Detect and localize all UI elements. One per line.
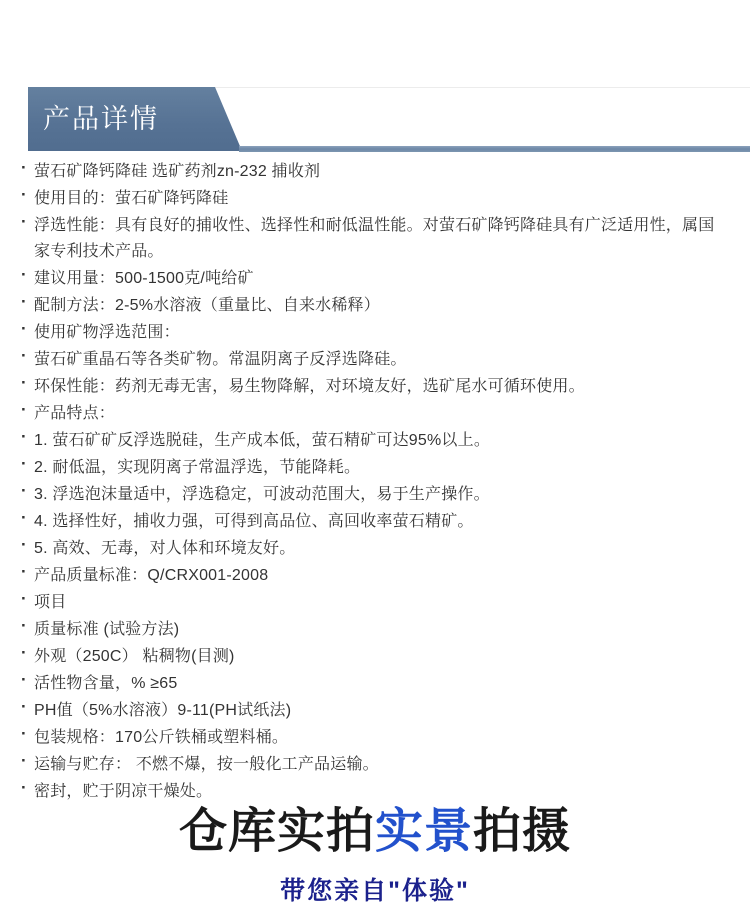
detail-item: 活性物含量，% ≥65: [23, 671, 717, 697]
detail-item: 环保性能：药剂无毒无害，易生物降解，对环境友好，选矿尾水可循环使用。: [23, 374, 717, 400]
detail-item: 配制方法：2-5%水溶液（重量比、自来水稀释）: [23, 293, 717, 319]
product-detail-page: 产品详情 萤石矿降钙降硅 选矿药剂zn-232 捕收剂 使用目的：萤石矿降钙降硅…: [0, 0, 750, 916]
photo-title-highlight: 实景: [375, 805, 473, 858]
detail-item: 4. 选择性好，捕收力强，可得到高品位、高回收率萤石精矿。: [23, 509, 717, 535]
warehouse-photo-subtitle: 带您亲自"体验": [0, 875, 750, 908]
detail-item: 包装规格：170公斤铁桶或塑料桶。: [23, 725, 717, 751]
detail-item: 外观（250C） 粘稠物(目测): [23, 644, 717, 670]
section-header-banner: 产品详情: [28, 87, 242, 151]
detail-item: 项目: [23, 590, 717, 616]
detail-item: 3. 浮选泡沫量适中，浮选稳定，可波动范围大，易于生产操作。: [23, 482, 717, 508]
detail-item: 使用矿物浮选范围：: [23, 320, 717, 346]
section-title: 产品详情: [43, 87, 159, 151]
detail-item: 产品特点：: [23, 401, 717, 427]
detail-item: PH值（5%水溶液）9-11(PH试纸法): [23, 698, 717, 724]
detail-item: 运输与贮存： 不燃不爆，按一般化工产品运输。: [23, 752, 717, 778]
detail-item: 质量标准 (试验方法): [23, 617, 717, 643]
detail-item: 萤石矿重晶石等各类矿物。常温阴离子反浮选降硅。: [23, 347, 717, 373]
detail-item: 密封，贮于阴凉干燥处。: [23, 779, 717, 805]
detail-list: 萤石矿降钙降硅 选矿药剂zn-232 捕收剂 使用目的：萤石矿降钙降硅 浮选性能…: [23, 159, 717, 805]
photo-title-right: 拍摄: [473, 805, 571, 858]
photo-title-left: 仓库实拍: [179, 805, 375, 858]
detail-item: 使用目的：萤石矿降钙降硅: [23, 186, 717, 212]
detail-item: 1. 萤石矿矿反浮选脱硅，生产成本低，萤石精矿可达95%以上。: [23, 428, 717, 454]
detail-item: 浮选性能：具有良好的捕收性、选择性和耐低温性能。对萤石矿降钙降硅具有广泛适用性，…: [23, 213, 717, 265]
detail-item: 5. 高效、无毒，对人体和环境友好。: [23, 536, 717, 562]
warehouse-photo-title: 仓库实拍实景拍摄: [0, 803, 750, 861]
detail-item: 萤石矿降钙降硅 选矿药剂zn-232 捕收剂: [23, 159, 717, 185]
detail-item: 产品质量标准：Q/CRX001-2008: [23, 563, 717, 589]
banner-accent-bar: [239, 146, 750, 152]
product-details-section: 萤石矿降钙降硅 选矿药剂zn-232 捕收剂 使用目的：萤石矿降钙降硅 浮选性能…: [23, 159, 717, 806]
banner-top-hairline: [215, 87, 750, 88]
detail-item: 2. 耐低温，实现阴离子常温浮选，节能降耗。: [23, 455, 717, 481]
detail-item: 建议用量：500-1500克/吨给矿: [23, 266, 717, 292]
